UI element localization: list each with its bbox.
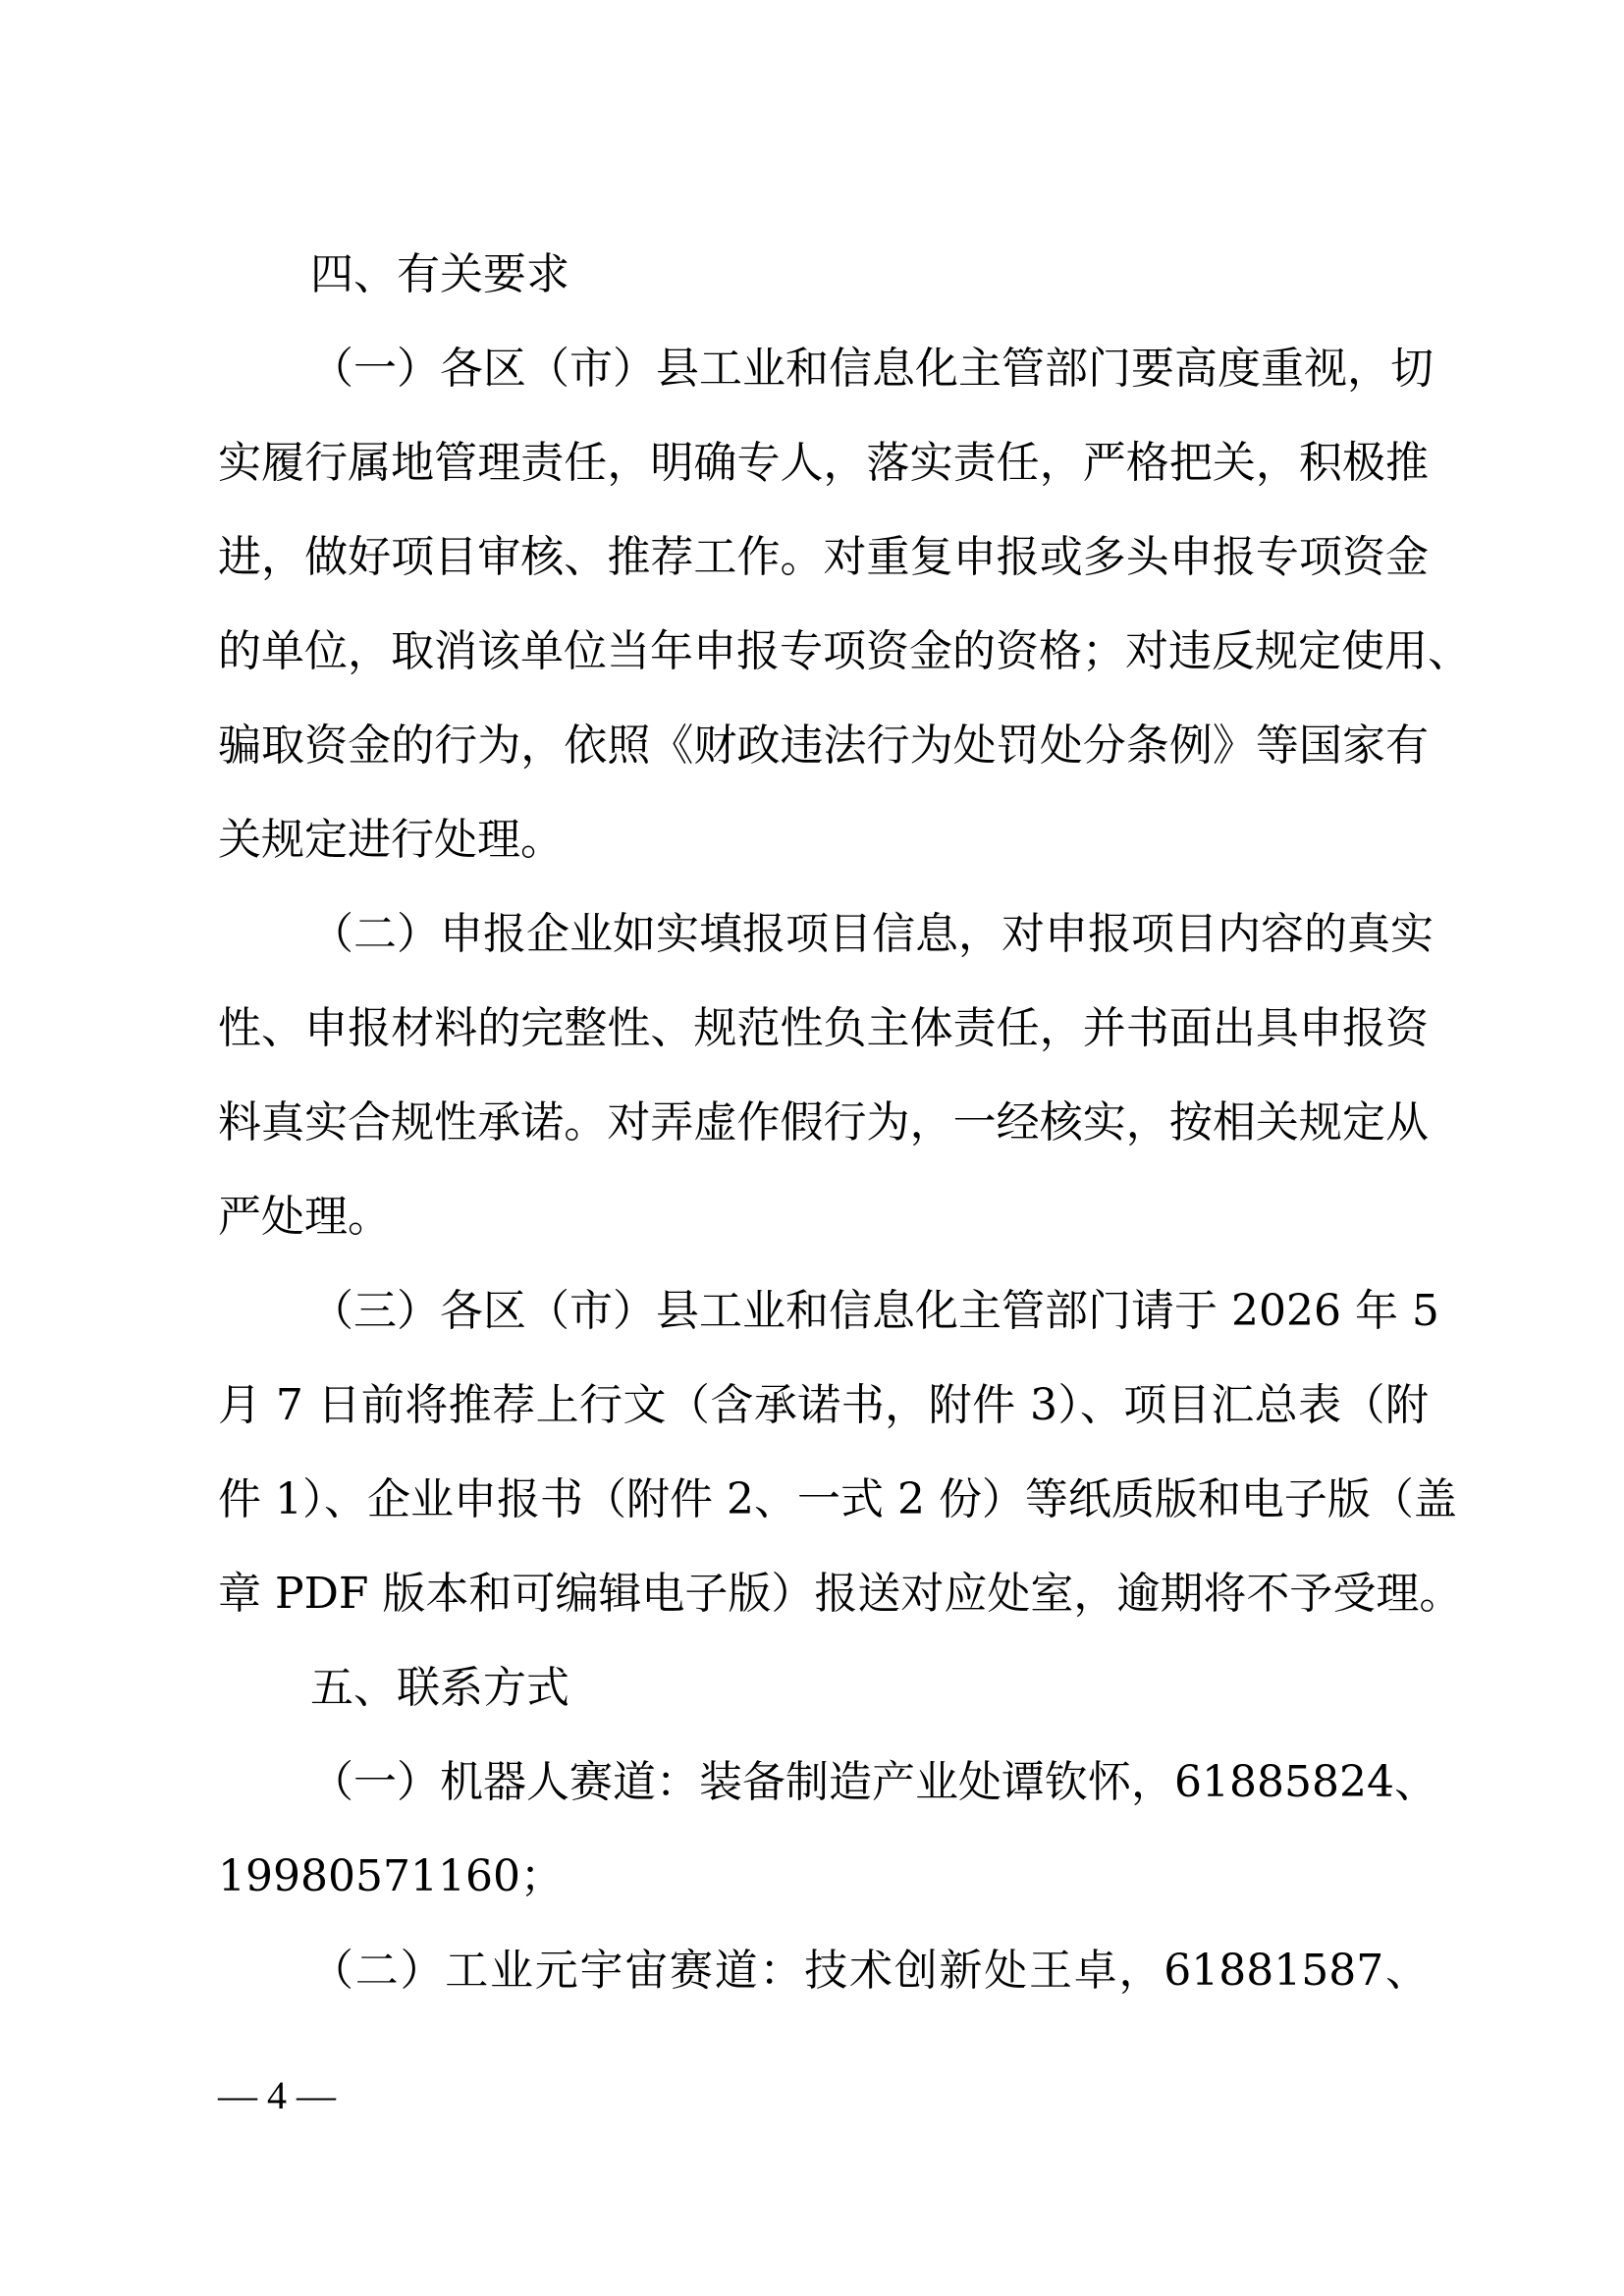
section-heading-contacts: 五、联系方式 xyxy=(310,1659,569,1718)
paragraph-line: 进，做好项目审核、推荐工作。对重复申报或多头申报专项资金 xyxy=(218,528,1429,587)
paragraph-line: 料真实合规性承诺。对弄虚作假行为，一经核实，按相关规定从 xyxy=(218,1094,1429,1152)
paragraph-line: 性、申报材料的完整性、规范性负主体责任，并书面出具申报资 xyxy=(218,999,1429,1058)
section-heading-requirements: 四、有关要求 xyxy=(310,245,569,304)
paragraph-line: （二）申报企业如实填报项目信息，对申报项目内容的真实 xyxy=(310,905,1429,964)
contact-line: （二）工业元宇宙赛道：技术创新处王卓，61881587、 xyxy=(310,1942,1429,2001)
paragraph-line: 章 PDF 版本和可编辑电子版）报送对应处室，逾期将不予受理。 xyxy=(218,1565,1429,1624)
paragraph-line: 骗取资金的行为，依照《财政违法行为处罚处分条例》等国家有 xyxy=(218,717,1429,775)
document-page: 四、有关要求 （一）各区（市）县工业和信息化主管部门要高度重视，切 实履行属地管… xyxy=(0,0,1624,2296)
paragraph-line: （三）各区（市）县工业和信息化主管部门请于 2026 年 5 xyxy=(310,1282,1429,1341)
paragraph-line: （一）各区（市）县工业和信息化主管部门要高度重视，切 xyxy=(310,340,1429,399)
paragraph-line: 严处理。 xyxy=(218,1188,1429,1247)
contact-line: （一）机器人赛道：装备制造产业处谭钦怀，61885824、 xyxy=(310,1753,1429,1812)
paragraph-line: 的单位，取消该单位当年申报专项资金的资格；对违反规定使用、 xyxy=(218,622,1429,681)
page-number: — 4 — xyxy=(218,2071,336,2120)
paragraph-line: 月 7 日前将推荐上行文（含承诺书，附件 3）、项目汇总表（附 xyxy=(218,1376,1429,1435)
paragraph-line: 件 1）、企业申报书（附件 2、一式 2 份）等纸质版和电子版（盖 xyxy=(218,1470,1429,1529)
paragraph-line: 实履行属地管理责任，明确专人，落实责任，严格把关，积极推 xyxy=(218,434,1429,493)
contact-line: 19980571160； xyxy=(218,1847,1429,1906)
paragraph-line: 关规定进行处理。 xyxy=(218,811,1429,870)
